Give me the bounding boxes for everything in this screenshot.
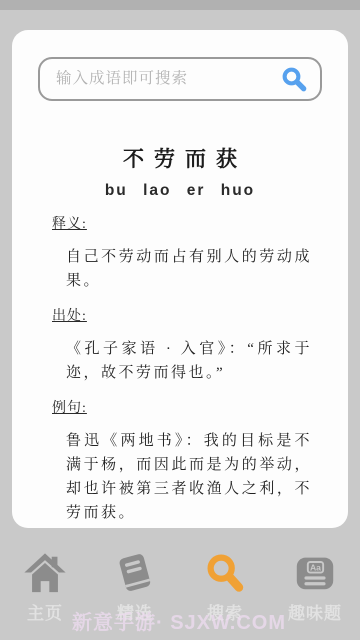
content-card: 不劳而获 bu lao er huo 释义: 自己不劳动而占有别人的劳动成果。 … bbox=[12, 30, 348, 528]
idiom-title: 不劳而获 bbox=[12, 146, 348, 172]
idiom-pinyin: bu lao er huo bbox=[12, 181, 348, 201]
nav-label-featured: 精选 bbox=[117, 604, 153, 624]
quiz-icon: Aa bbox=[292, 550, 338, 596]
section-definition: 释义: 自己不劳动而占有别人的劳动成果。 bbox=[12, 215, 348, 293]
svg-text:Aa: Aa bbox=[310, 563, 321, 573]
search-nav-icon bbox=[202, 550, 248, 596]
section-label: 释义: bbox=[52, 216, 87, 234]
nav-label-home: 主页 bbox=[27, 604, 63, 624]
nav-item-search[interactable]: 搜索 bbox=[180, 544, 270, 640]
bottom-nav: 主页 精选 搜索 bbox=[0, 544, 360, 640]
book-icon bbox=[112, 550, 158, 596]
section-source: 出处: 《孔子家语 · 入官》：“所求于迩，故不劳而得也。” bbox=[12, 307, 348, 385]
home-icon bbox=[22, 550, 68, 596]
section-text: 自己不劳动而占有别人的劳动成果。 bbox=[66, 245, 312, 293]
section-text: 《孔子家语 · 入官》：“所求于迩，故不劳而得也。” bbox=[66, 337, 312, 385]
nav-item-home[interactable]: 主页 bbox=[0, 544, 90, 640]
section-label: 例句: bbox=[52, 400, 87, 418]
nav-item-featured[interactable]: 精选 bbox=[90, 544, 180, 640]
section-example: 例句: 鲁迅《两地书》：我的目标是不满于杨，而因此而是为的举动，却也许被第三者收… bbox=[12, 399, 348, 525]
section-text: 鲁迅《两地书》：我的目标是不满于杨，而因此而是为的举动，却也许被第三者收渔人之利… bbox=[66, 429, 312, 525]
search-icon[interactable] bbox=[278, 63, 310, 95]
search-box bbox=[38, 57, 322, 101]
nav-label-quiz: 趣味题 bbox=[288, 604, 342, 624]
section-label: 出处: bbox=[52, 308, 87, 326]
nav-item-quiz[interactable]: Aa 趣味题 bbox=[270, 544, 360, 640]
nav-label-search: 搜索 bbox=[207, 604, 243, 624]
status-bar bbox=[0, 0, 360, 10]
search-input[interactable] bbox=[56, 70, 278, 88]
